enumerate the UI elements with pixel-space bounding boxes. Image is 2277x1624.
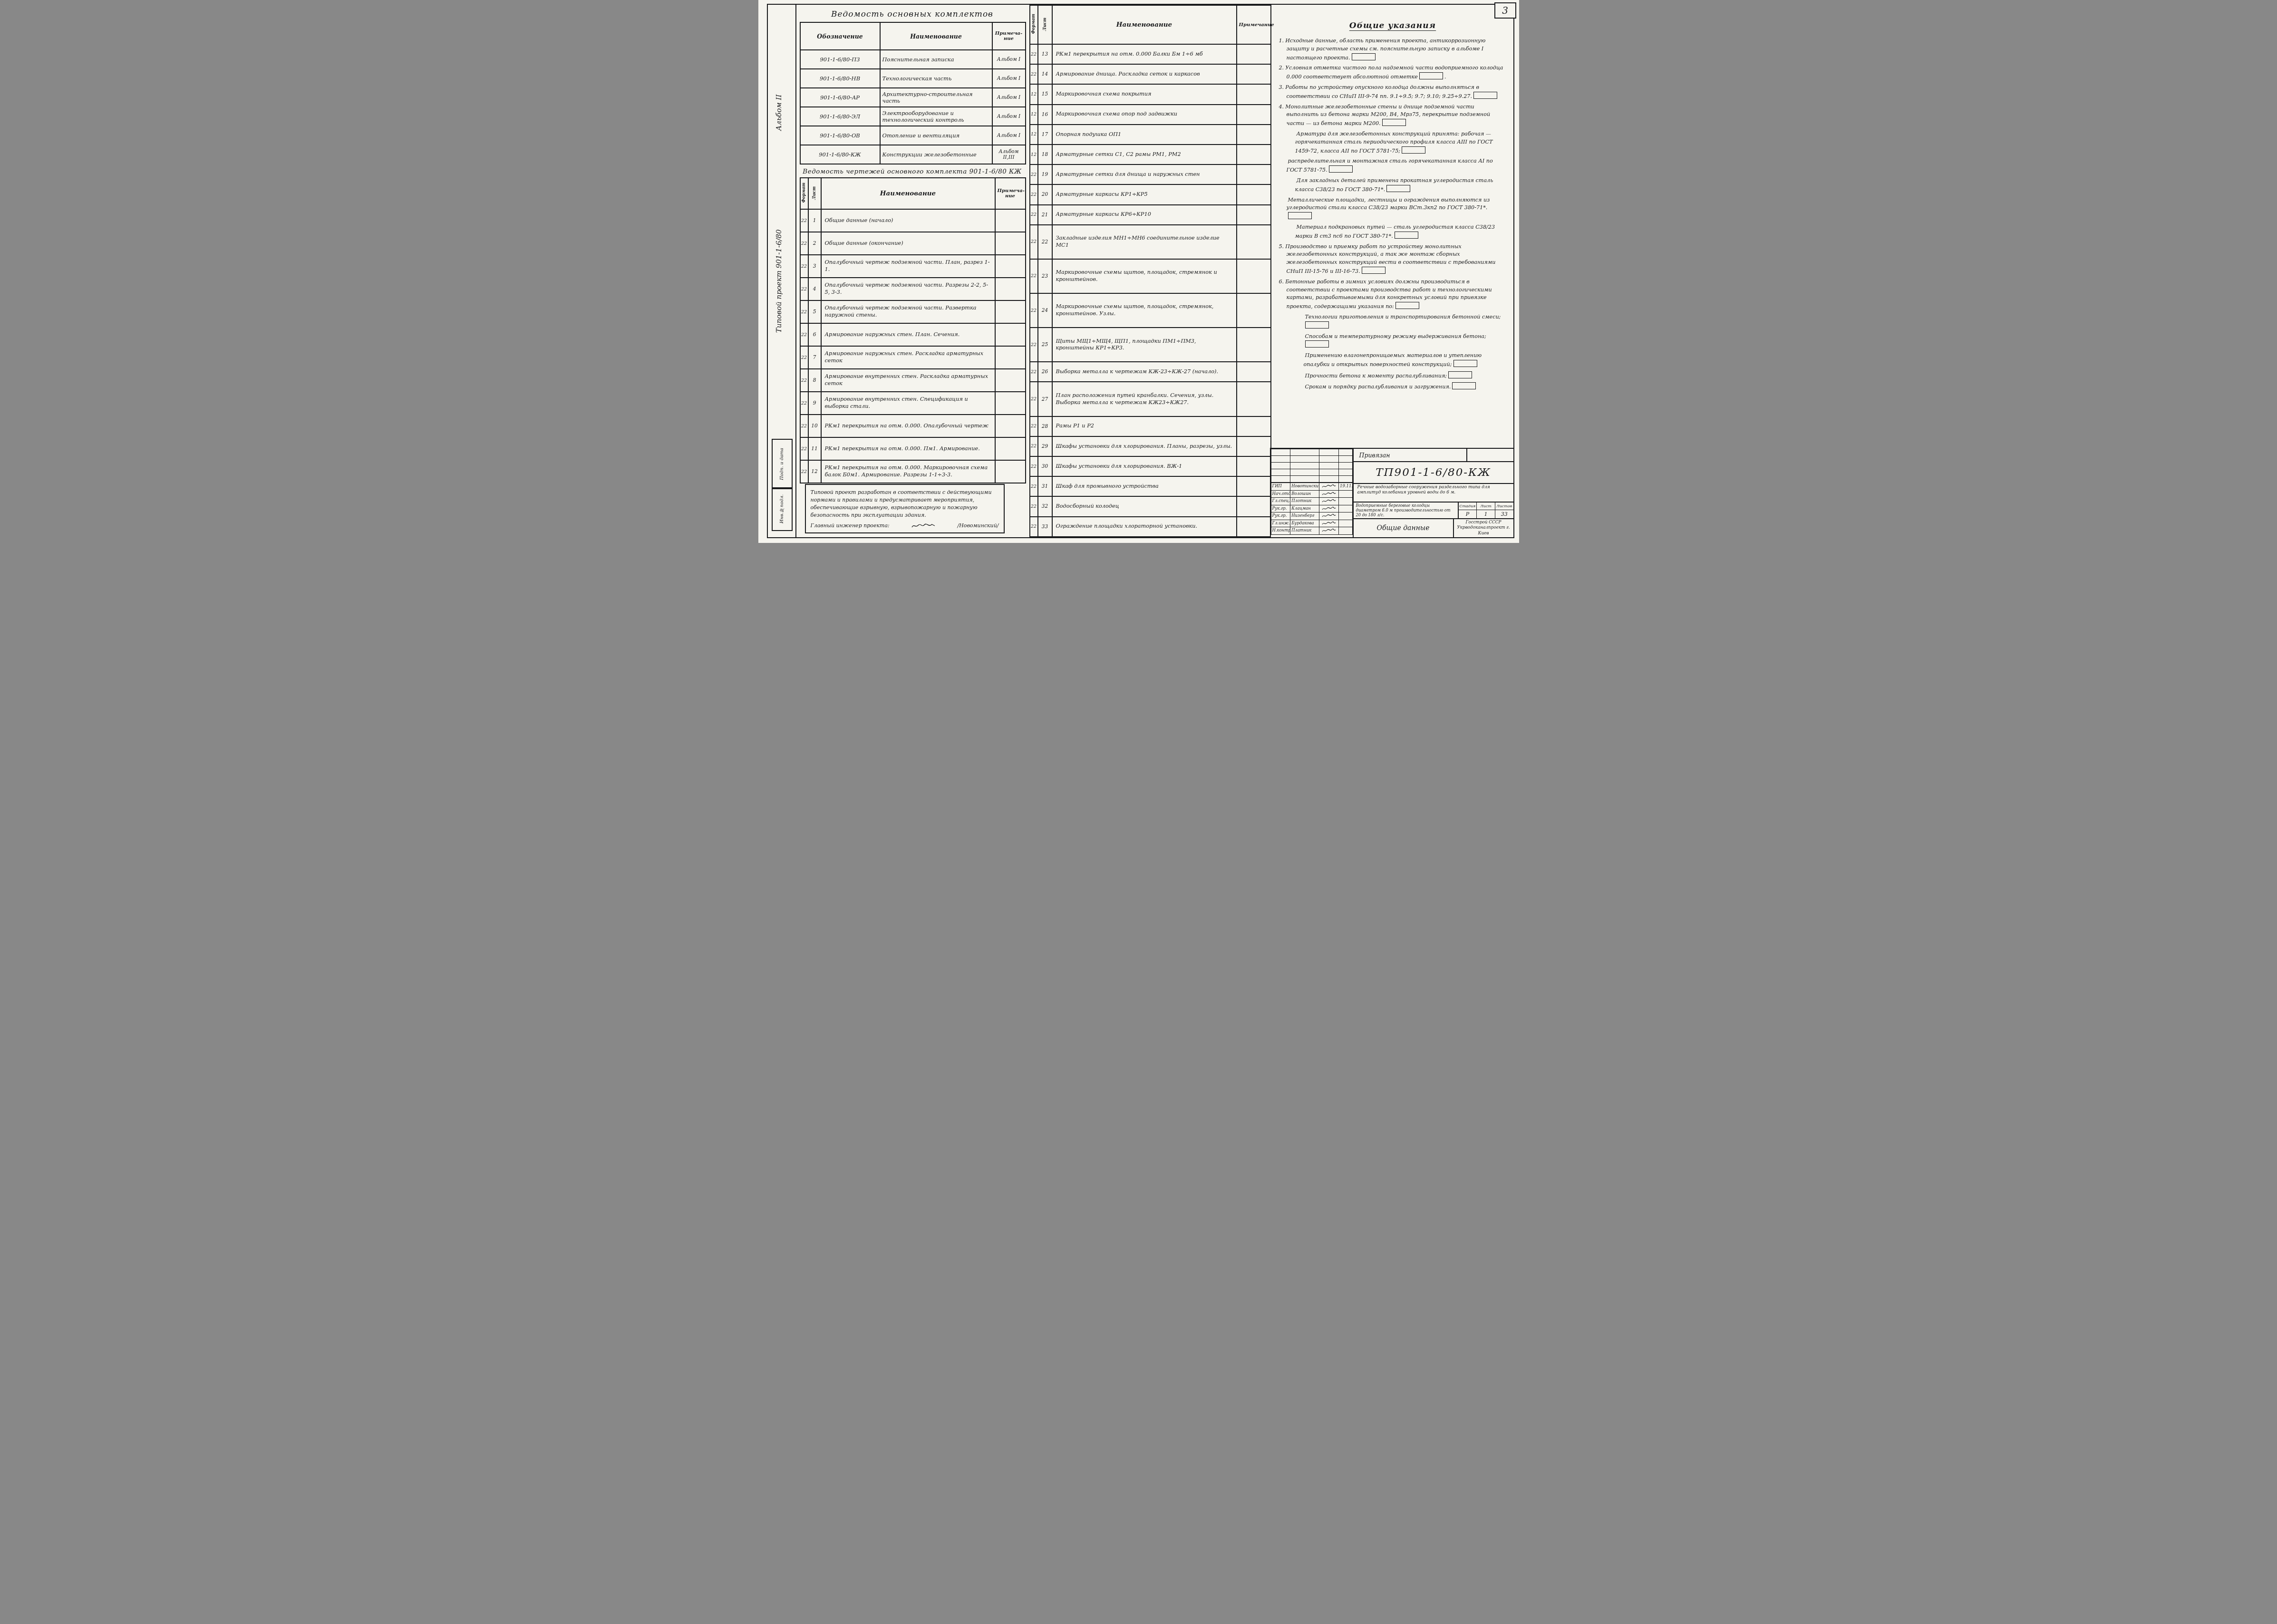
set-name: Технологическая часть <box>880 69 992 88</box>
signature-cell <box>1319 490 1339 498</box>
revision-grid <box>1271 449 1353 483</box>
signature-date: 19.11.79 <box>1338 483 1352 491</box>
row-name: Закладные изделия МН1÷МН6 соединительное… <box>1052 225 1237 259</box>
row-format: 22 <box>800 346 808 369</box>
register-row: 22 2 Общие данные (окончание) <box>800 232 1026 255</box>
cell <box>1338 476 1352 483</box>
row-sheet: 29 <box>1038 436 1052 456</box>
general-note-item: Способам и температурному режиму выдержи… <box>1279 333 1507 350</box>
row-note <box>995 232 1026 255</box>
note-number: 3. <box>1279 84 1284 90</box>
note-number: 5. <box>1279 243 1284 250</box>
row-sheet: 31 <box>1038 476 1052 496</box>
row-format: 22 <box>1030 416 1038 436</box>
signature-row: Рук.гр. Клацман <box>1271 505 1352 512</box>
row-sheet: 12 <box>808 460 821 483</box>
row-format: 22 <box>1030 293 1038 328</box>
signature-row: Гл.инж. Бурдакова <box>1271 520 1352 527</box>
row-name: Армирование наружных стен. Раскладка арм… <box>821 346 995 369</box>
general-note-item: распределительная и монтажная сталь горя… <box>1279 157 1507 174</box>
cell <box>1271 449 1290 456</box>
signature-row: Рук.гр. Низенберг <box>1271 512 1352 520</box>
signature-name: Бурдакова <box>1290 520 1319 527</box>
row-note <box>1237 456 1271 476</box>
row-name: Общие данные (начало) <box>821 209 995 232</box>
elevation-placeholder-box <box>1453 360 1477 367</box>
cell <box>1271 456 1290 463</box>
register-left-header-row: Формат Лист Наименование Примеча-ние <box>800 178 1026 209</box>
set-code: 901-1-6/80-НВ <box>800 69 880 88</box>
col-sheet: Лист <box>1038 5 1052 44</box>
note-number: 1. <box>1279 38 1284 44</box>
set-note: Альбом I <box>992 126 1026 145</box>
general-note-item: 4.Монолитные железобетонные стены и днищ… <box>1279 103 1507 128</box>
signature-name: Клацман <box>1290 505 1319 512</box>
row-name: Выборка металла к чертежам КЖ-23÷КЖ-27 (… <box>1052 362 1237 382</box>
register-row: 22 27 План расположения путей кранбалки.… <box>1030 382 1271 416</box>
row-sheet: 5 <box>808 300 821 323</box>
row-name: Маркировочные схемы щитов, площадок, стр… <box>1052 259 1237 293</box>
row-format: 12 <box>1030 145 1038 164</box>
revision-row <box>1271 449 1352 456</box>
row-note <box>1237 416 1271 436</box>
main-sets-table: Обозначение Наименование Примеча-ние 901… <box>800 22 1026 164</box>
row-format: 22 <box>800 415 808 437</box>
title-block-signature-grid: ГИП Новотинский 19.11.79 <box>1271 449 1354 537</box>
elevation-placeholder-box <box>1402 146 1425 154</box>
elevation-placeholder-box <box>1395 302 1419 309</box>
row-note <box>1237 125 1271 145</box>
general-note-item: Применению влагонепроницаемых материалов… <box>1279 352 1507 369</box>
row-note <box>1237 225 1271 259</box>
register-row: 22 10 РКм1 перекрытия на отм. 0.000. Опа… <box>800 415 1026 437</box>
register-title: Ведомость чертежей основного комплекта 9… <box>795 168 1029 175</box>
row-format: 22 <box>800 209 808 232</box>
signature-name: Плотник <box>1290 498 1319 505</box>
signature-icon <box>911 522 936 529</box>
row-name: Арматурные каркасы КР1÷КР5 <box>1052 184 1237 204</box>
note-number: 2. <box>1279 65 1284 71</box>
note-text: распределительная и монтажная сталь горя… <box>1287 158 1493 173</box>
row-name: Арматурные сетки для днища и наружных ст… <box>1052 164 1237 184</box>
stage-value: Р <box>1459 510 1477 518</box>
cell <box>1338 469 1352 476</box>
col-note: Примеча-ние <box>992 22 1026 50</box>
signature-role: Рук.гр. <box>1271 512 1290 520</box>
row-format: 22 <box>800 323 808 346</box>
row-sheet: 30 <box>1038 456 1052 476</box>
middle-column: Формат Лист Наименование Примечание 22 1… <box>1029 5 1270 537</box>
row-format: 22 <box>1030 164 1038 184</box>
row-format: 22 <box>1030 205 1038 225</box>
set-code: 901-1-6/80-КЖ <box>800 145 880 164</box>
register-row: 22 1 Общие данные (начало) <box>800 209 1026 232</box>
signer-label: Главный инженер проекта: <box>811 522 890 530</box>
row-note <box>995 369 1026 392</box>
note-text: Типовой проект разработан в соответствии… <box>811 489 992 518</box>
cell <box>1319 449 1339 456</box>
elevation-placeholder-box <box>1288 212 1312 219</box>
row-sheet: 4 <box>808 278 821 300</box>
row-sheet: 18 <box>1038 145 1052 164</box>
elevation-placeholder-box <box>1305 321 1329 329</box>
row-sheet: 11 <box>808 437 821 460</box>
register-row: 22 4 Опалубочный чертеж подземной части.… <box>800 278 1026 300</box>
note-box: Типовой проект разработан в соответствии… <box>805 484 1005 533</box>
set-note: Альбом I <box>992 107 1026 126</box>
row-format: 12 <box>1030 125 1038 145</box>
sheets-value: 33 <box>1495 510 1513 518</box>
signature-row: ГИП Новотинский 19.11.79 <box>1271 483 1352 491</box>
row-note <box>1237 382 1271 416</box>
cell <box>1338 463 1352 469</box>
set-name: Пояснительная записка <box>880 50 992 69</box>
general-note-item: Срокам и порядку распалубливания и загру… <box>1279 382 1507 391</box>
sheet-title-row: Общие данные Госстрой СССР Укрводоканалп… <box>1354 519 1513 537</box>
cell <box>1271 469 1290 476</box>
organization: Госстрой СССР Укрводоканалпроект г. Киев <box>1454 519 1513 537</box>
register-row: 22 3 Опалубочный чертеж подземной части.… <box>800 255 1026 278</box>
row-note <box>1237 476 1271 496</box>
register-row: 22 20 Арматурные каркасы КР1÷КР5 <box>1030 184 1271 204</box>
note-text: Исходные данные, область применения прое… <box>1285 38 1485 61</box>
signature-icon <box>1322 528 1336 533</box>
register-row: 22 32 Водосборный колодец <box>1030 496 1271 516</box>
row-name: Опалубочный чертеж подземной части. Разв… <box>821 300 995 323</box>
row-note <box>1237 184 1271 204</box>
row-sheet: 23 <box>1038 259 1052 293</box>
register-row: 22 13 РКм1 перекрытия на отм. 0.000 Балк… <box>1030 44 1271 64</box>
elevation-placeholder-box <box>1386 185 1410 192</box>
row-name: План расположения путей кранбалки. Сечен… <box>1052 382 1237 416</box>
main-sets-body: 901-1-6/80-ПЗ Пояснительная записка Альб… <box>800 50 1026 164</box>
col-sheet: Лист <box>808 178 821 209</box>
signature-icon <box>1322 492 1336 496</box>
note-text: Способам и температурному режиму выдержи… <box>1305 333 1486 339</box>
row-sheet: 28 <box>1038 416 1052 436</box>
col-format: Формат <box>1030 5 1038 44</box>
row-sheet: 13 <box>1038 44 1052 64</box>
register-row: 12 16 Маркировочная схема опор под задви… <box>1030 105 1271 125</box>
col-name: Наименование <box>880 22 992 50</box>
row-name: Шкафы установки для хлорирования. ВЖ-1 <box>1052 456 1237 476</box>
row-sheet: 15 <box>1038 84 1052 104</box>
signature-date <box>1338 498 1352 505</box>
cell <box>1319 456 1339 463</box>
register-table-right: Формат Лист Наименование Примечание 22 1… <box>1029 5 1271 537</box>
title-block: ГИП Новотинский 19.11.79 <box>1270 448 1513 537</box>
row-format: 22 <box>800 437 808 460</box>
general-notes: Общие указания 1.Исходные данные, област… <box>1270 5 1513 448</box>
signature-row: Гл.спец. Плотник <box>1271 498 1352 505</box>
stamp-sign-date-label: Подп. и дата <box>779 448 785 480</box>
general-note-item: Для закладных деталей применена прокатна… <box>1279 177 1507 194</box>
elevation-placeholder-box <box>1352 53 1376 60</box>
row-name: Маркировочная схема покрытия <box>1052 84 1237 104</box>
left-column: Ведомость основных комплектов Обозначени… <box>795 5 1029 537</box>
main-sets-row: 901-1-6/80-АР Архитектурно-строительная … <box>800 88 1026 107</box>
signatures-body: ГИП Новотинский 19.11.79 <box>1271 483 1352 535</box>
main-sets-row: 901-1-6/80-ОВ Отопление и вентиляция Аль… <box>800 126 1026 145</box>
row-format: 22 <box>1030 456 1038 476</box>
main-sets-title: Ведомость основных комплектов <box>798 10 1027 19</box>
register-left-body: 22 1 Общие данные (начало) 22 2 Общие да… <box>800 209 1026 483</box>
row-name: Опорная подушка ОП1 <box>1052 125 1237 145</box>
signature-cell <box>1319 505 1339 512</box>
set-name: Конструкции железобетонные <box>880 145 992 164</box>
signature-cell <box>1319 498 1339 505</box>
general-note-item: Металлические площадки, лестницы и ограж… <box>1279 196 1507 221</box>
register-row: 22 12 РКм1 перекрытия на отм. 0.000. Мар… <box>800 460 1026 483</box>
signature-role: ГИП <box>1271 483 1290 491</box>
row-format: 22 <box>1030 328 1038 362</box>
row-sheet: 6 <box>808 323 821 346</box>
row-name: Общие данные (окончание) <box>821 232 995 255</box>
row-sheet: 26 <box>1038 362 1052 382</box>
signature-row: Н.контр. Платник <box>1271 527 1352 535</box>
row-format: 22 <box>1030 64 1038 84</box>
cell <box>1271 476 1290 483</box>
signature-role: Нач.отд <box>1271 490 1290 498</box>
main-sets-row: 901-1-6/80-ЭЛ Электрооборудование и техн… <box>800 107 1026 126</box>
row-note <box>1237 293 1271 328</box>
signature-cell <box>1319 483 1339 491</box>
cell <box>1290 449 1319 456</box>
note-text: Технологии приготовления и транспортиров… <box>1305 314 1501 320</box>
signature-role: Гл.спец. <box>1271 498 1290 505</box>
note-text-after: . <box>1444 74 1446 80</box>
register-row: 22 5 Опалубочный чертеж подземной части.… <box>800 300 1026 323</box>
row-sheet: 24 <box>1038 293 1052 328</box>
row-note <box>1237 105 1271 125</box>
cell <box>1319 463 1339 469</box>
register-row: 22 7 Армирование наружных стен. Раскладк… <box>800 346 1026 369</box>
row-format: 22 <box>1030 382 1038 416</box>
set-note: Альбом I <box>992 88 1026 107</box>
row-name: Шкафы установки для хлорирования. Планы,… <box>1052 436 1237 456</box>
sheet-value: 1 <box>1477 510 1495 518</box>
cell <box>1290 469 1319 476</box>
row-format: 22 <box>800 255 808 278</box>
row-sheet: 33 <box>1038 517 1052 537</box>
set-code: 901-1-6/80-АР <box>800 88 880 107</box>
stage-table: Стадия Лист Листов Р 1 33 <box>1459 503 1513 518</box>
row-name: Водосборный колодец <box>1052 496 1237 516</box>
register-row: 22 29 Шкафы установки для хлорирования. … <box>1030 436 1271 456</box>
main-sets-row: 901-1-6/80-НВ Технологическая часть Альб… <box>800 69 1026 88</box>
row-note <box>1237 517 1271 537</box>
row-sheet: 21 <box>1038 205 1052 225</box>
general-note-item: Прочности бетона к моменту распалубливан… <box>1279 371 1507 380</box>
sheet-number: 3 <box>1502 5 1508 16</box>
note-text: Прочности бетона к моменту распалубливан… <box>1305 373 1447 379</box>
row-format: 22 <box>800 278 808 300</box>
album-label: Альбом II <box>775 64 783 131</box>
note-text: Производство и приемку работ по устройст… <box>1285 243 1495 274</box>
sheet-title: Общие данные <box>1354 519 1454 537</box>
row-sheet: 22 <box>1038 225 1052 259</box>
row-note <box>995 278 1026 300</box>
sheet-label: Лист <box>1477 503 1495 511</box>
register-row: 22 21 Арматурные каркасы КР6÷КР10 <box>1030 205 1271 225</box>
row-format: 22 <box>800 232 808 255</box>
row-sheet: 10 <box>808 415 821 437</box>
row-sheet: 20 <box>1038 184 1052 204</box>
row-name: РКм1 перекрытия на отм. 0.000. Пм1. Арми… <box>821 437 995 460</box>
row-name: РКм1 перекрытия на отм. 0.000. Опалубочн… <box>821 415 995 437</box>
row-note <box>1237 362 1271 382</box>
general-note-item: Материал подкрановых путей — сталь углер… <box>1279 223 1507 241</box>
revision-row <box>1271 463 1352 469</box>
note-text: Металлические площадки, лестницы и ограж… <box>1287 197 1490 211</box>
register-row: 22 9 Армирование внутренних стен. Специф… <box>800 392 1026 415</box>
row-format: 22 <box>1030 362 1038 382</box>
row-sheet: 19 <box>1038 164 1052 184</box>
general-note-item: 1.Исходные данные, область применения пр… <box>1279 37 1507 62</box>
row-note <box>1237 164 1271 184</box>
set-code: 901-1-6/80-ПЗ <box>800 50 880 69</box>
general-note-item: Арматура для железобетонных конструкций … <box>1279 130 1507 155</box>
row-name: Ограждение площадки хлораторной установк… <box>1052 517 1237 537</box>
row-format: 22 <box>1030 476 1038 496</box>
note-number: 4. <box>1279 104 1284 110</box>
row-name: РКм1 перекрытия на отм. 0.000. Маркирово… <box>821 460 995 483</box>
row-format: 22 <box>1030 225 1038 259</box>
row-name: Армирование наружных стен. План. Сечения… <box>821 323 995 346</box>
register-row: 22 33 Ограждение площадки хлораторной ус… <box>1030 517 1271 537</box>
main-sets-header-row: Обозначение Наименование Примеча-ние <box>800 22 1026 50</box>
row-format: 12 <box>1030 105 1038 125</box>
set-name: Электрооборудование и технологический ко… <box>880 107 992 126</box>
register-row: 12 15 Маркировочная схема покрытия <box>1030 84 1271 104</box>
row-sheet: 17 <box>1038 125 1052 145</box>
signature-cell <box>1319 512 1339 520</box>
left-margin-strip: Альбом II Типовой проект 901-1-6/80 Подп… <box>768 5 796 537</box>
row-format: 22 <box>1030 436 1038 456</box>
note-text: Бетонные работы в зимних условиях должны… <box>1285 279 1492 309</box>
register-row: 22 8 Армирование внутренних стен. Раскла… <box>800 369 1026 392</box>
drawing-sheet: 3 Альбом II Типовой проект 901-1-6/80 По… <box>758 0 1519 543</box>
signature-name: Новотинский <box>1290 483 1319 491</box>
col-name: Наименование <box>1052 5 1237 44</box>
general-note-item: 5.Производство и приемку работ по устрой… <box>1279 243 1507 276</box>
row-name: РКм1 перекрытия на отм. 0.000 Балки Бм 1… <box>1052 44 1237 64</box>
right-column: Общие указания 1.Исходные данные, област… <box>1270 5 1513 537</box>
revision-row <box>1271 456 1352 463</box>
main-sets-row: 901-1-6/80-ПЗ Пояснительная записка Альб… <box>800 50 1026 69</box>
revision-row <box>1271 469 1352 476</box>
signature-icon <box>1322 484 1336 489</box>
col-name: Наименование <box>821 178 995 209</box>
general-note-item: 6.Бетонные работы в зимних условиях долж… <box>1279 278 1507 311</box>
row-format: 22 <box>1030 184 1038 204</box>
row-sheet: 2 <box>808 232 821 255</box>
note-text: Арматура для железобетонных конструкций … <box>1295 131 1493 154</box>
set-note: Альбом I <box>992 50 1026 69</box>
row-note <box>1237 44 1271 64</box>
stamp-inventory-label: Инв.№подл. <box>779 494 785 523</box>
row-note <box>1237 496 1271 516</box>
register-row: 12 18 Арматурные сетки С1, С2 рамы РМ1, … <box>1030 145 1271 164</box>
signature-name: Волошин <box>1290 490 1319 498</box>
signature-date <box>1338 520 1352 527</box>
row-name: Щиты МЩ1÷МЩ4, ЩП1, площадки ПМ1÷ПМ3, кро… <box>1052 328 1237 362</box>
cell <box>1319 476 1339 483</box>
elevation-placeholder-box <box>1329 165 1353 173</box>
row-note <box>995 209 1026 232</box>
col-designation: Обозначение <box>800 22 880 50</box>
general-note-item: 2.Условная отметка чистого пола надземно… <box>1279 64 1507 81</box>
object-stage-row: Водоприемные береговые колодцы диаметром… <box>1354 503 1513 519</box>
project-code: ТП901-1-6/80-КЖ <box>1354 462 1513 484</box>
row-sheet: 27 <box>1038 382 1052 416</box>
elevation-placeholder-box <box>1448 371 1472 378</box>
elevation-placeholder-box <box>1305 340 1329 348</box>
row-format: 22 <box>1030 496 1038 516</box>
row-format: 12 <box>1030 84 1038 104</box>
register-row: 22 23 Маркировочные схемы щитов, площадо… <box>1030 259 1271 293</box>
set-code: 901-1-6/80-ОВ <box>800 126 880 145</box>
register-row: 22 25 Щиты МЩ1÷МЩ4, ЩП1, площадки ПМ1÷ПМ… <box>1030 328 1271 362</box>
signature-cell <box>1319 527 1339 535</box>
row-note <box>995 460 1026 483</box>
signature-icon <box>1322 499 1336 503</box>
row-format: 22 <box>800 460 808 483</box>
set-note: Альбом I <box>992 69 1026 88</box>
row-sheet: 9 <box>808 392 821 415</box>
register-row: 22 11 РКм1 перекрытия на отм. 0.000. Пм1… <box>800 437 1026 460</box>
row-name: Опалубочный чертеж подземной части. План… <box>821 255 995 278</box>
register-row: 22 22 Закладные изделия МН1÷МН6 соединит… <box>1030 225 1271 259</box>
register-table-left: Формат Лист Наименование Примеча-ние 22 … <box>800 177 1026 483</box>
register-row: 22 31 Шкаф для промывного устройства <box>1030 476 1271 496</box>
register-row: 22 30 Шкафы установки для хлорирования. … <box>1030 456 1271 476</box>
row-format: 22 <box>1030 44 1038 64</box>
register-row: 22 26 Выборка металла к чертежам КЖ-23÷К… <box>1030 362 1271 382</box>
note-text: Срокам и порядку распалубливания и загру… <box>1305 384 1451 390</box>
privyazan-label: Привязан <box>1354 449 1467 461</box>
row-sheet: 25 <box>1038 328 1052 362</box>
row-note <box>995 323 1026 346</box>
set-note: Альбом II,III <box>992 145 1026 164</box>
signature-role: Гл.инж. <box>1271 520 1290 527</box>
signature-date <box>1338 505 1352 512</box>
sheets-label: Листов <box>1495 503 1513 511</box>
stage-label: Стадия <box>1459 503 1477 511</box>
cell <box>1338 449 1352 456</box>
row-sheet: 7 <box>808 346 821 369</box>
revision-row <box>1271 476 1352 483</box>
row-name: Опалубочный чертеж подземной части. Разр… <box>821 278 995 300</box>
drawing-frame: Альбом II Типовой проект 901-1-6/80 Подп… <box>767 4 1514 538</box>
row-note <box>995 255 1026 278</box>
row-name: Шкаф для промывного устройства <box>1052 476 1237 496</box>
cell <box>1290 463 1319 469</box>
signature-date <box>1338 527 1352 535</box>
row-format: 22 <box>1030 517 1038 537</box>
note-number: 6. <box>1279 279 1284 285</box>
row-sheet: 14 <box>1038 64 1052 84</box>
row-note <box>1237 328 1271 362</box>
signature-icon <box>1322 506 1336 511</box>
stamp-sign-date: Подп. и дата <box>772 439 793 489</box>
register-right-body: 22 13 РКм1 перекрытия на отм. 0.000 Балк… <box>1030 44 1271 537</box>
elevation-placeholder-box <box>1473 92 1497 99</box>
register-row: 22 28 Рамы Р1 и Р2 <box>1030 416 1271 436</box>
row-note <box>1237 84 1271 104</box>
note-text: Условная отметка чистого пола надземной … <box>1285 65 1503 80</box>
row-format: 22 <box>800 392 808 415</box>
